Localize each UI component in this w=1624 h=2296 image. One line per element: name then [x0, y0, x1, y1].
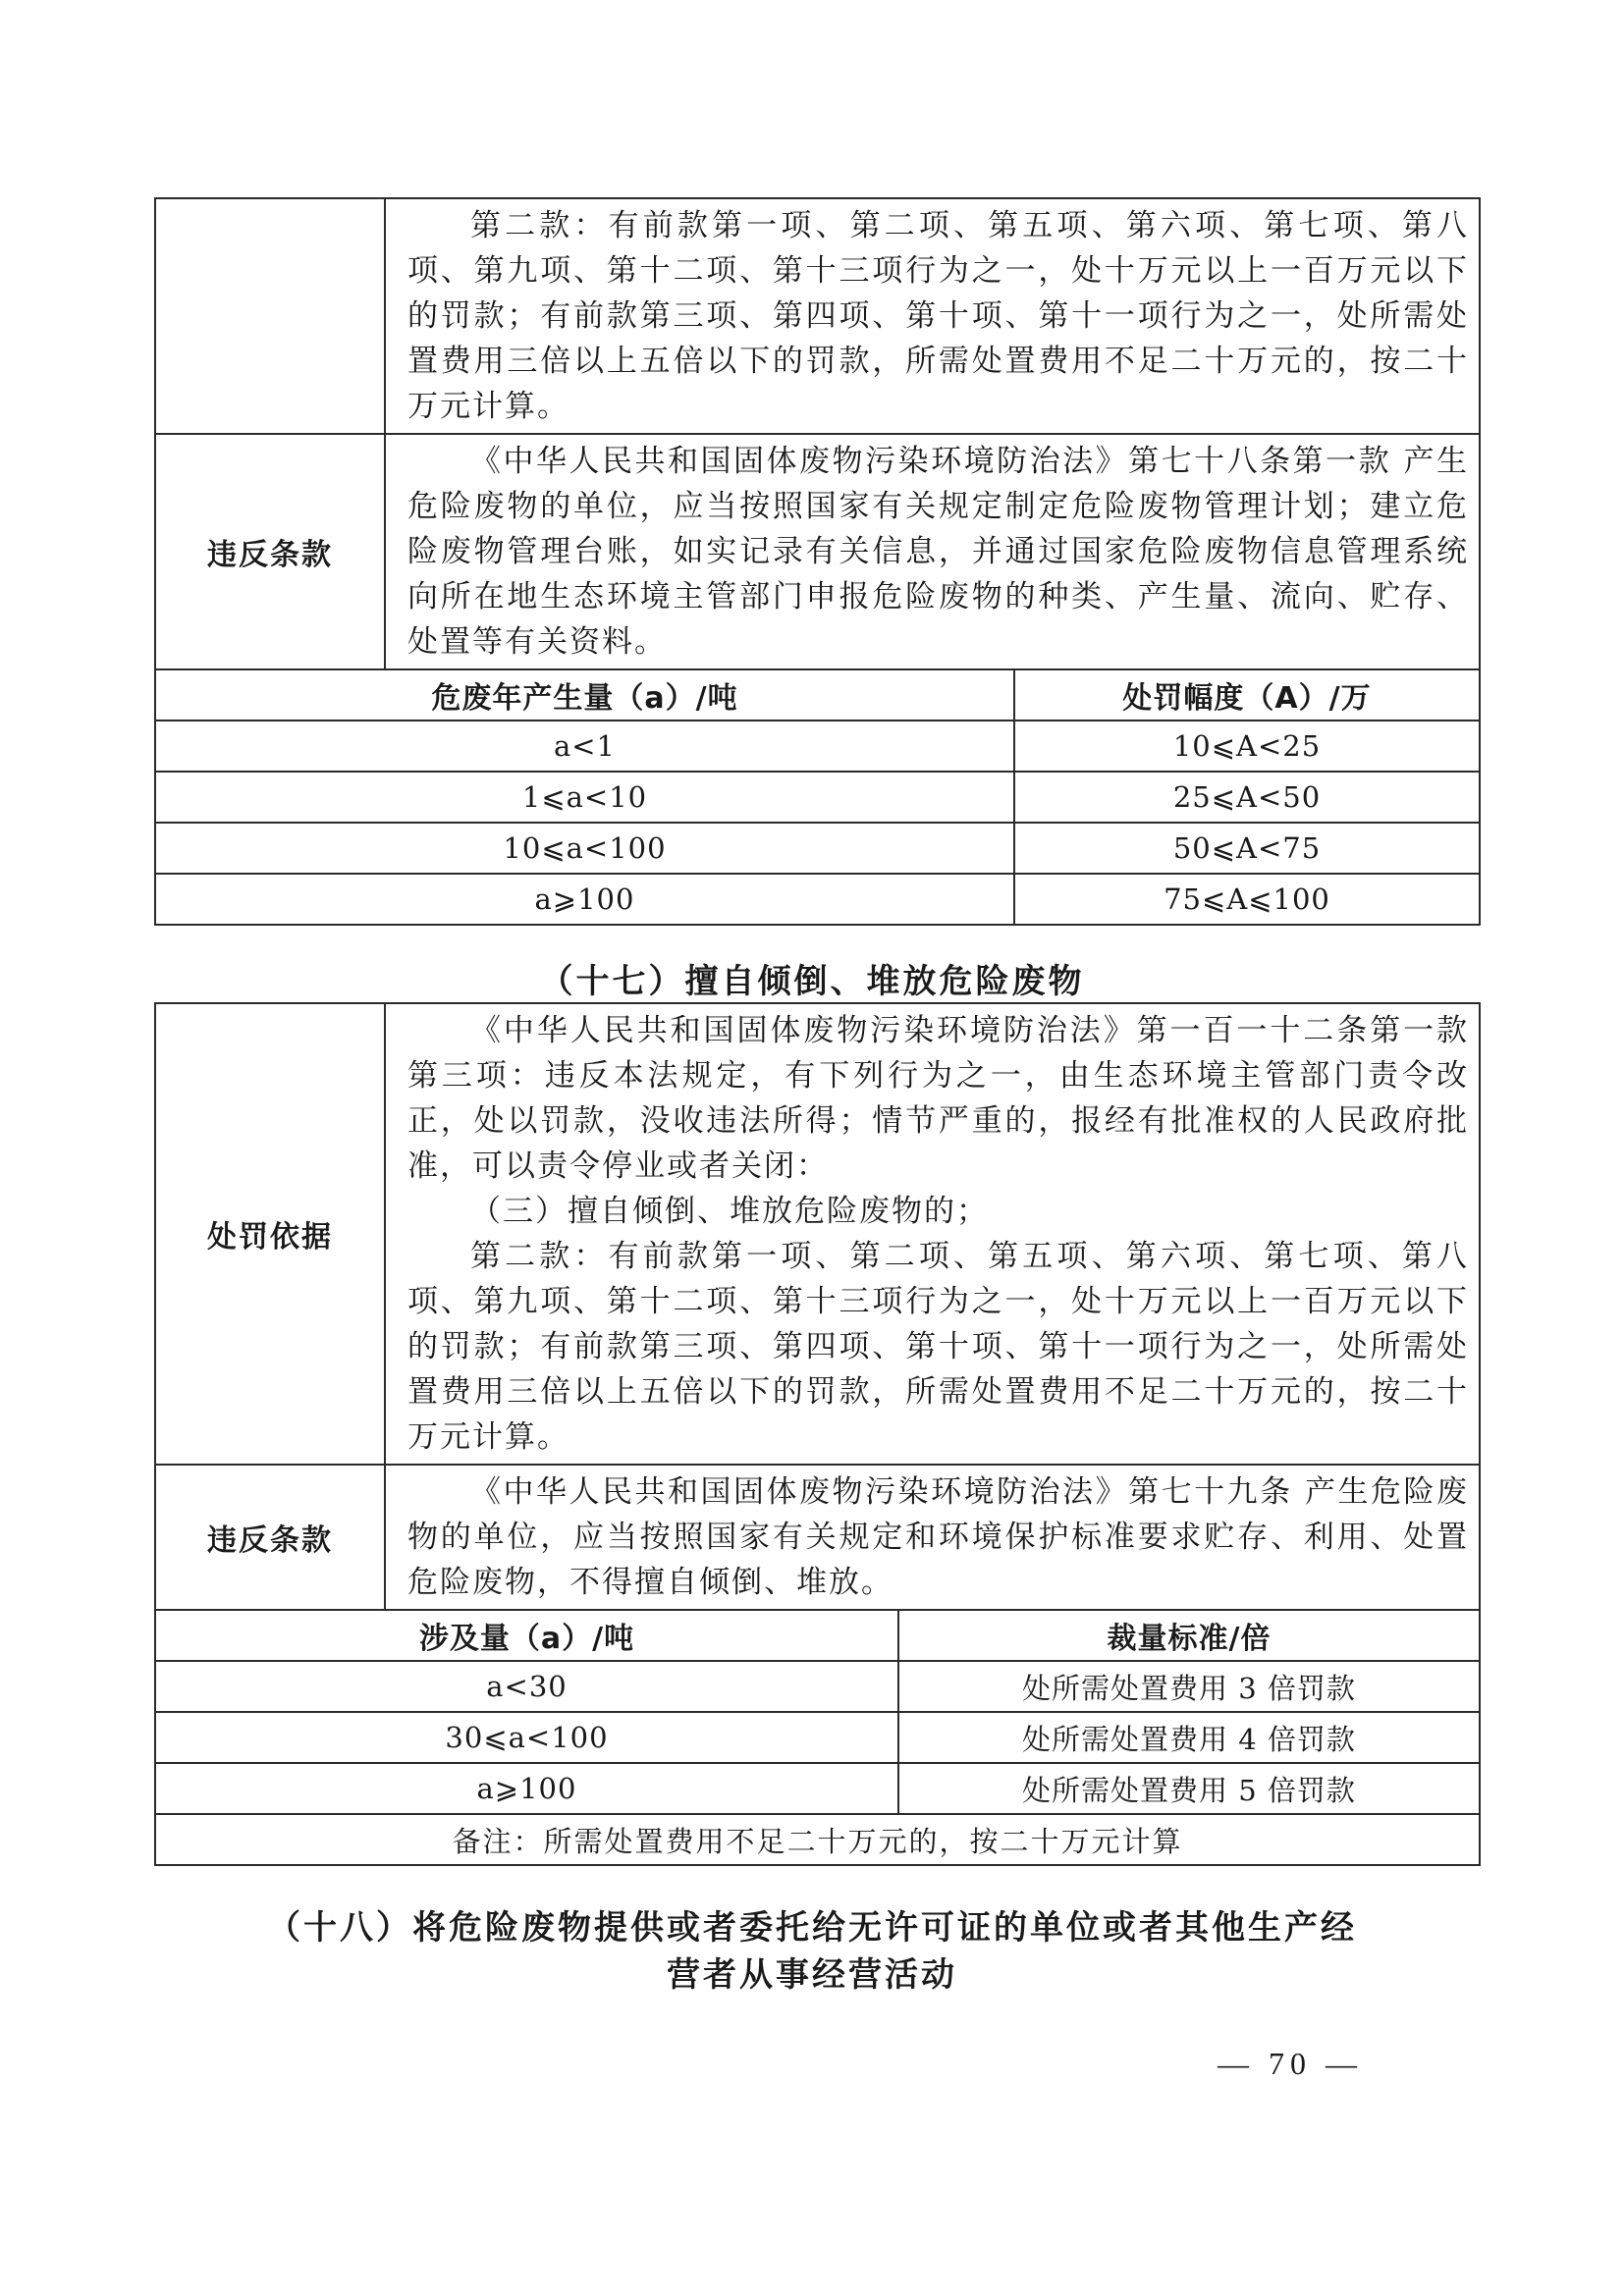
paragraph: 《中华人民共和国固体废物污染环境防治法》第七十九条 产生危险废物的单位，应当按照… [407, 1469, 1469, 1605]
penalty-table-16: 第二款：有前款第一项、第二项、第五项、第六项、第七项、第八项、第九项、第十二项、… [154, 197, 1481, 926]
standard-cell: 处所需处置费用 5 倍罚款 [898, 1763, 1480, 1814]
quantity-cell: a<1 [155, 721, 1014, 772]
column-header-quantity: 涉及量（a）/吨 [155, 1610, 898, 1661]
violation-row: 违反条款 《中华人民共和国固体废物污染环境防治法》第七十九条 产生危险废物的单位… [155, 1465, 1480, 1610]
table-row: a⩾100 处所需处置费用 5 倍罚款 [155, 1763, 1480, 1814]
basis-text-cell: 第二款：有前款第一项、第二项、第五项、第六项、第七项、第八项、第九项、第十二项、… [385, 198, 1480, 434]
table-row: a⩾100 75⩽A⩽100 [155, 874, 1480, 925]
table-header-row: 危废年产生量（a）/吨 处罚幅度（A）/万 [155, 669, 1480, 721]
table-row: 30⩽a<100 处所需处置费用 4 倍罚款 [155, 1712, 1480, 1763]
violation-row: 违反条款 《中华人民共和国固体废物污染环境防治法》第七十八条第一款 产生危险废物… [155, 434, 1480, 669]
violation-text-cell: 《中华人民共和国固体废物污染环境防治法》第七十九条 产生危险废物的单位，应当按照… [385, 1465, 1480, 1610]
row-label-empty [155, 198, 385, 434]
table-row: 1⩽a<10 25⩽A<50 [155, 772, 1480, 823]
document-page: 第二款：有前款第一项、第二项、第五项、第六项、第七项、第八项、第九项、第十二项、… [0, 0, 1624, 2296]
quantity-cell: 1⩽a<10 [155, 772, 1014, 823]
standard-cell: 处所需处置费用 3 倍罚款 [898, 1661, 1480, 1712]
column-header-penalty: 处罚幅度（A）/万 [1014, 669, 1480, 721]
paragraph: 《中华人民共和国固体废物污染环境防治法》第七十八条第一款 产生危险废物的单位，应… [407, 439, 1469, 665]
column-header-standard: 裁量标准/倍 [898, 1610, 1480, 1661]
basis-label: 处罚依据 [155, 1003, 385, 1465]
table-row: 10⩽a<100 50⩽A<75 [155, 823, 1480, 874]
paragraph: （三）擅自倾倒、堆放危险废物的； [407, 1189, 1469, 1234]
violation-label: 违反条款 [155, 1465, 385, 1610]
penalty-cell: 25⩽A<50 [1014, 772, 1480, 823]
standard-cell: 处所需处置费用 4 倍罚款 [898, 1712, 1480, 1763]
table-header-row: 涉及量（a）/吨 裁量标准/倍 [155, 1610, 1480, 1661]
penalty-table-17: 处罚依据 《中华人民共和国固体废物污染环境防治法》第一百一十二条第一款第三项：违… [154, 1002, 1481, 1866]
basis-text-cell: 《中华人民共和国固体废物污染环境防治法》第一百一十二条第一款第三项：违反本法规定… [385, 1003, 1480, 1465]
section-17-heading: （十七）擅自倾倒、堆放危险废物 [0, 954, 1624, 1002]
paragraph: 第二款：有前款第一项、第二项、第五项、第六项、第七项、第八项、第九项、第十二项、… [407, 1234, 1469, 1460]
note-row: 备注：所需处置费用不足二十万元的，按二十万元计算 [155, 1814, 1480, 1865]
page-number: — 70 — [1218, 2046, 1363, 2082]
paragraph: 第二款：有前款第一项、第二项、第五项、第六项、第七项、第八项、第九项、第十二项、… [407, 203, 1469, 429]
quantity-cell: a<30 [155, 1661, 898, 1712]
violation-text-cell: 《中华人民共和国固体废物污染环境防治法》第七十八条第一款 产生危险废物的单位，应… [385, 434, 1480, 669]
table-row: a<30 处所需处置费用 3 倍罚款 [155, 1661, 1480, 1712]
penalty-cell: 75⩽A⩽100 [1014, 874, 1480, 925]
penalty-cell: 50⩽A<75 [1014, 823, 1480, 874]
basis-row: 处罚依据 《中华人民共和国固体废物污染环境防治法》第一百一十二条第一款第三项：违… [155, 1003, 1480, 1465]
quantity-cell: 10⩽a<100 [155, 823, 1014, 874]
quantity-cell: a⩾100 [155, 874, 1014, 925]
penalty-cell: 10⩽A<25 [1014, 721, 1480, 772]
violation-label: 违反条款 [155, 434, 385, 669]
quantity-cell: a⩾100 [155, 1763, 898, 1814]
column-header-quantity: 危废年产生量（a）/吨 [155, 669, 1014, 721]
section-18-heading-line1: （十八）将危险废物提供或者委托给无许可证的单位或者其他生产经 [0, 1900, 1624, 1949]
note-cell: 备注：所需处置费用不足二十万元的，按二十万元计算 [155, 1814, 1480, 1865]
quantity-cell: 30⩽a<100 [155, 1712, 898, 1763]
table-row: a<1 10⩽A<25 [155, 721, 1480, 772]
paragraph: 《中华人民共和国固体废物污染环境防治法》第一百一十二条第一款第三项：违反本法规定… [407, 1008, 1469, 1189]
section-18-heading-line2: 营者从事经营活动 [0, 1948, 1624, 1996]
basis-continuation-row: 第二款：有前款第一项、第二项、第五项、第六项、第七项、第八项、第九项、第十二项、… [155, 198, 1480, 434]
